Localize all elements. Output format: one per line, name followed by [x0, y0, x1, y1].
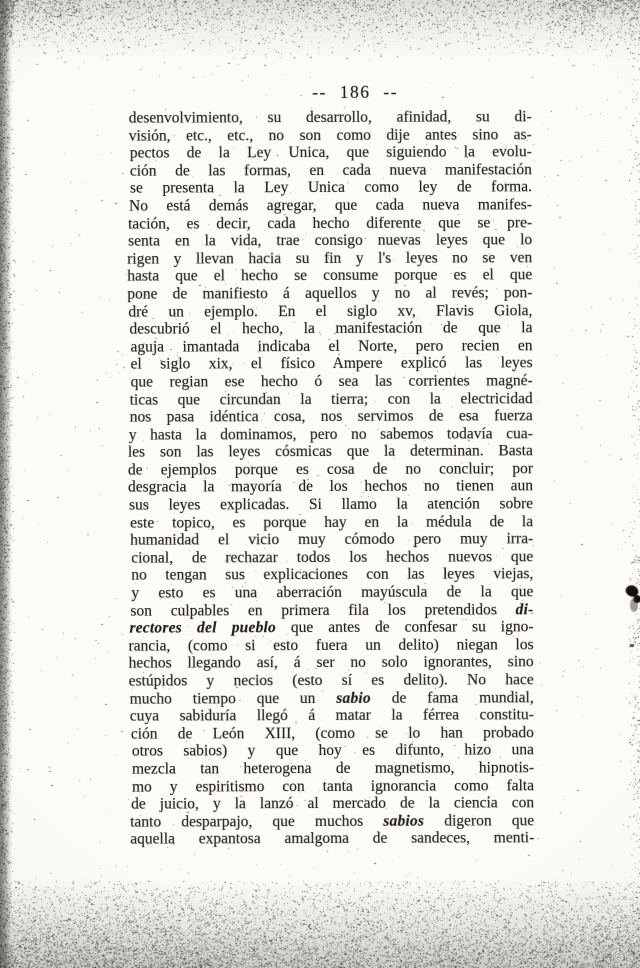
- text-segment: senta en la vida, trae consigo nuevas le…: [128, 231, 532, 249]
- page-content: -- 186 -- desenvolvimiento, su desarroll…: [0, 0, 640, 968]
- text-line: y hasta la dominamos, pero no sabemos to…: [129, 425, 533, 444]
- text-line: hasta que el hecho se consume porque es …: [127, 267, 532, 286]
- text-segment: dré un ejemplo. En el siglo xv, Flavis G…: [128, 302, 532, 320]
- text-segment: ción de León XIII, (como se lo han proba…: [131, 724, 534, 742]
- text-line: mezcla tan heterogena de magnetismo, hip…: [132, 759, 534, 778]
- text-segment: y esto es una aberración mayúscula de la…: [131, 583, 533, 601]
- text-line: no tengan sus explicaciones con las leye…: [131, 566, 533, 585]
- emphasized-text: rectores del pueblo: [129, 619, 276, 637]
- text-line: ción de León XIII, (como se lo han proba…: [131, 724, 534, 743]
- text-line: pone de manifiesto á aquellos y no al re…: [127, 284, 532, 303]
- text-line: ción de las formas, en cada nueva manife…: [130, 161, 532, 180]
- text-segment: hechos llegando así, á ser no solo ignor…: [129, 654, 534, 672]
- text-line: dré un ejemplo. En el siglo xv, Flavis G…: [128, 302, 532, 321]
- text-segment: tación, es decir, cada hecho diferente q…: [128, 214, 532, 232]
- text-segment: y hasta la dominamos, pero no sabemos to…: [129, 425, 533, 443]
- text-segment: de juicio, y la lanzó al mercado de la c…: [131, 794, 534, 812]
- text-segment: desgracia la mayoría de los hechos no ti…: [128, 478, 533, 496]
- text-line: de juicio, y la lanzó al mercado de la c…: [131, 794, 534, 813]
- text-line: son culpables en primera fila los preten…: [130, 601, 533, 620]
- text-segment: pectos de la Ley Unica, que siguiendo la…: [130, 143, 532, 161]
- text-segment: cional, de rechazar todos los hechos nue…: [131, 548, 533, 566]
- text-line: nos pasa idéntica cosa, nos servimos de …: [130, 407, 533, 426]
- text-line: el siglo xix, el físico Ampere explicó l…: [131, 355, 533, 374]
- text-segment: que antes de confesar su igno-: [276, 618, 534, 636]
- text-segment: ción de las formas, en cada nueva manife…: [130, 161, 532, 179]
- text-segment: son culpables en primera fila los preten…: [130, 601, 515, 619]
- text-segment: les son las leyes cósmicas que la determ…: [128, 443, 533, 461]
- text-segment: ticas que circundan la tierra; con la el…: [130, 390, 533, 408]
- text-line: cional, de rechazar todos los hechos nue…: [131, 548, 533, 567]
- text-segment: mo y espiritismo con tanta ignorancia co…: [132, 777, 534, 795]
- text-segment: humanidad el vicio muy cómodo pero muy i…: [130, 531, 533, 549]
- text-line: rectores del pueblo que antes de confesa…: [129, 618, 533, 637]
- emphasized-text: sabio: [336, 689, 371, 706]
- text-segment: el siglo xix, el físico Ampere explicó l…: [131, 355, 533, 373]
- text-line: y esto es una aberración mayúscula de la…: [131, 583, 533, 602]
- page-number: -- 186 --: [154, 81, 557, 103]
- text-line: ticas que circundan la tierra; con la el…: [130, 390, 533, 409]
- emphasized-text: sabios: [383, 812, 424, 829]
- text-line: rigen y llevan hacia su fin y l's leyes …: [127, 249, 532, 268]
- text-segment: otros sabios) y que hoy es difunto, hizo…: [132, 742, 534, 760]
- page-text: desenvolvimiento, su desarrollo, afinida…: [129, 108, 535, 848]
- text-line: senta en la vida, trae consigo nuevas le…: [128, 231, 532, 250]
- book-page: -- 186 -- desenvolvimiento, su desarroll…: [0, 0, 640, 968]
- text-segment: se presenta la Ley Unica como ley de for…: [130, 179, 532, 197]
- text-segment: nos pasa idéntica cosa, nos servimos de …: [130, 407, 533, 425]
- text-segment: mucho tiempo que un: [130, 690, 337, 708]
- text-line: tanto desparpajo, que muchos sabios dige…: [130, 812, 534, 831]
- text-line: les son las leyes cósmicas que la determ…: [128, 443, 533, 462]
- text-segment: no tengan sus explicaciones con las leye…: [131, 566, 533, 584]
- text-line: que regian ese hecho ó sea las corriente…: [131, 372, 533, 391]
- text-line: No está demás agregar, que cada nueva ma…: [129, 196, 532, 215]
- text-segment: aguja imantada indicaba el Norte, pero r…: [130, 337, 532, 355]
- text-segment: estúpidos y necios (esto sí es delito). …: [129, 671, 534, 689]
- text-segment: de fama mundial,: [371, 689, 534, 707]
- text-line: mucho tiempo que un sabio de fama mundia…: [130, 689, 534, 708]
- text-line: descubrió el hecho, la manifestación de …: [129, 319, 532, 338]
- text-line: aguja imantada indicaba el Norte, pero r…: [130, 337, 532, 356]
- text-line: humanidad el vicio muy cómodo pero muy i…: [130, 531, 533, 550]
- text-segment: digeron que: [424, 812, 534, 829]
- text-line: se presenta la Ley Unica como ley de for…: [130, 179, 532, 198]
- text-line: cuya sabiduría llegó á matar la férrea c…: [130, 706, 534, 725]
- text-segment: pone de manifiesto á aquellos y no al re…: [127, 284, 532, 302]
- text-line: este topico, es porque hay en la médula …: [130, 513, 533, 532]
- text-line: desenvolvimiento, su desarrollo, afinida…: [129, 108, 532, 127]
- text-line: sus leyes explicadas. Si llamo la atenci…: [129, 495, 533, 514]
- text-line: desgracia la mayoría de los hechos no ti…: [128, 478, 533, 497]
- text-line: tación, es decir, cada hecho diferente q…: [128, 214, 532, 233]
- text-segment: de ejemplos porque es cosa de no conclui…: [128, 460, 533, 478]
- text-line: visión, etc., etc., no son como dije ant…: [129, 126, 532, 145]
- text-segment: desenvolvimiento, su desarrollo, afinida…: [129, 108, 532, 126]
- text-line: estúpidos y necios (esto sí es delito). …: [129, 671, 534, 690]
- emphasized-text: di-: [516, 601, 534, 618]
- text-line: aquella expantosa amalgoma de sandeces, …: [130, 830, 534, 849]
- text-segment: No está demás agregar, que cada nueva ma…: [129, 196, 532, 214]
- text-segment: tanto desparpajo, que muchos: [130, 813, 383, 831]
- text-segment: sus leyes explicadas. Si llamo la atenci…: [129, 495, 533, 513]
- text-segment: hasta que el hecho se consume porque es …: [127, 267, 532, 285]
- text-segment: rigen y llevan hacia su fin y l's leyes …: [127, 249, 532, 267]
- text-segment: mezcla tan heterogena de magnetismo, hip…: [132, 759, 534, 777]
- text-segment: rancia, (como si esto fuera un delito) n…: [129, 636, 534, 654]
- text-segment: descubrió el hecho, la manifestación de …: [129, 319, 532, 337]
- text-line: otros sabios) y que hoy es difunto, hizo…: [132, 742, 534, 761]
- text-segment: este topico, es porque hay en la médula …: [130, 513, 533, 531]
- text-line: de ejemplos porque es cosa de no conclui…: [128, 460, 533, 479]
- text-line: mo y espiritismo con tanta ignorancia co…: [132, 777, 534, 796]
- text-segment: aquella expantosa amalgoma de sandeces, …: [130, 830, 534, 848]
- text-segment: que regian ese hecho ó sea las corriente…: [131, 372, 533, 390]
- text-line: rancia, (como si esto fuera un delito) n…: [129, 636, 534, 655]
- text-segment: cuya sabiduría llegó á matar la férrea c…: [130, 706, 534, 724]
- text-segment: visión, etc., etc., no son como dije ant…: [129, 126, 532, 144]
- text-line: hechos llegando así, á ser no solo ignor…: [129, 654, 534, 673]
- text-line: pectos de la Ley Unica, que siguiendo la…: [130, 143, 532, 162]
